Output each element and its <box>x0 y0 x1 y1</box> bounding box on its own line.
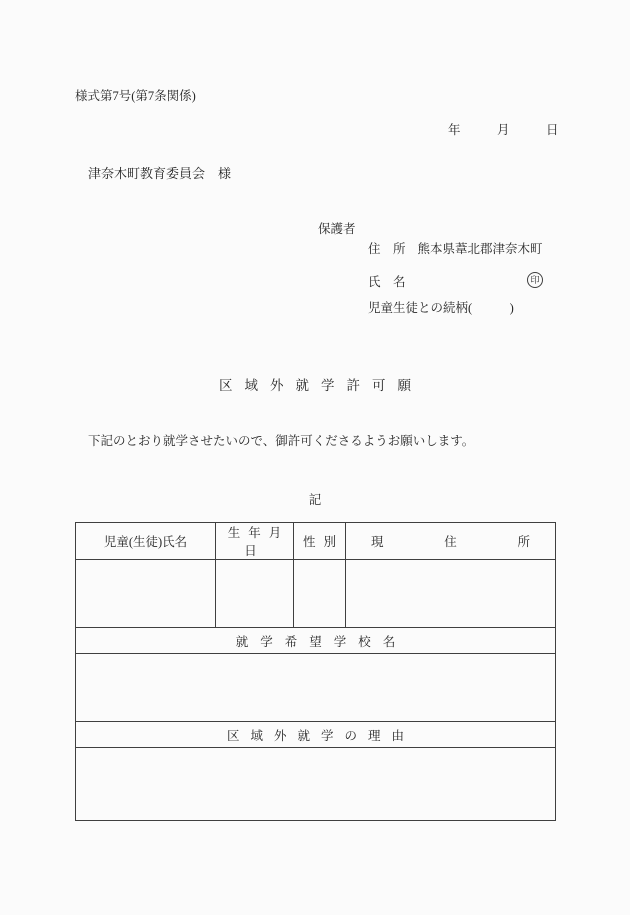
reason-cell <box>76 748 556 821</box>
header-birthdate: 生年月日 <box>216 523 294 560</box>
gender-cell <box>294 560 346 628</box>
guardian-name-label: 氏 名 <box>368 272 406 290</box>
guardian-address-line: 住 所熊本県葦北郡津奈木町 <box>368 239 543 257</box>
table-header-row: 児童(生徒)氏名 生年月日 性別 現住所 <box>76 523 556 560</box>
table-entry-row <box>76 560 556 628</box>
document-page: 様式第7号(第7条関係) 年 月 日 津奈木町教育委員会 様 保護者 住 所熊本… <box>0 0 630 915</box>
school-section-value-row <box>76 654 556 722</box>
birthdate-cell <box>216 560 294 628</box>
seal-mark-icon: 印 <box>527 272 543 288</box>
request-text: 下記のとおり就学させたいので、御許可くださるようお願いします。 <box>88 431 474 449</box>
reason-section-value-row <box>76 748 556 821</box>
list-heading: 記 <box>0 490 630 508</box>
school-name-cell <box>76 654 556 722</box>
child-name-cell <box>76 560 216 628</box>
header-gender: 性別 <box>294 523 346 560</box>
document-title: 区域外就学許可願 <box>0 374 630 394</box>
reason-section-header-row: 区域外就学の理由 <box>76 722 556 748</box>
form-number: 様式第7号(第7条関係) <box>75 86 196 104</box>
addressee-line: 津奈木町教育委員会 様 <box>88 163 231 182</box>
address-label: 住 所 <box>368 242 406 256</box>
header-child-name: 児童(生徒)氏名 <box>76 523 216 560</box>
header-current-address: 現住所 <box>346 523 556 560</box>
relation-label: 児童生徒との続柄( ) <box>368 298 514 316</box>
application-table: 児童(生徒)氏名 生年月日 性別 現住所 就学希望学校名 区域外就学の理由 <box>75 522 556 821</box>
guardian-label: 保護者 <box>318 219 356 237</box>
current-address-cell <box>346 560 556 628</box>
date-line: 年 月 日 <box>448 120 571 138</box>
school-section-label: 就学希望学校名 <box>76 628 556 654</box>
reason-section-label: 区域外就学の理由 <box>76 722 556 748</box>
school-section-header-row: 就学希望学校名 <box>76 628 556 654</box>
address-value: 熊本県葦北郡津奈木町 <box>418 242 543 256</box>
